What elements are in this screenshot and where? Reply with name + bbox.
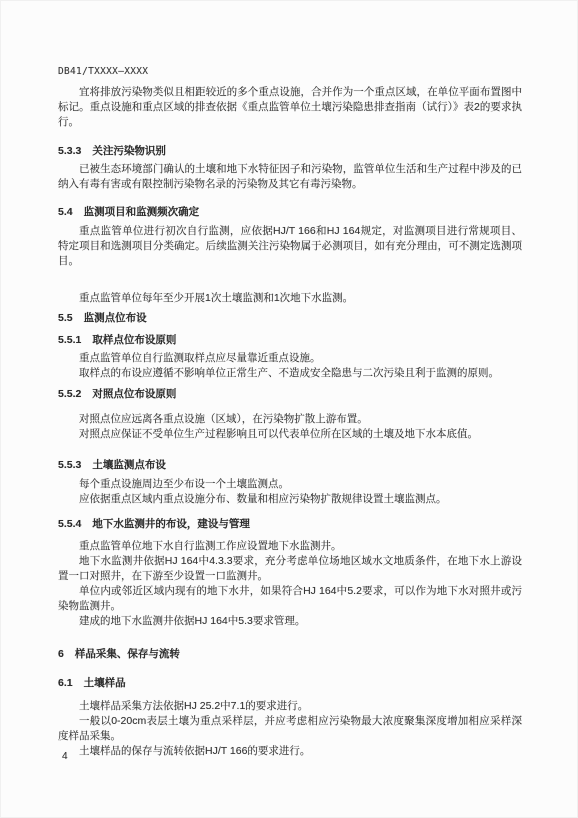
section-number: 5.4 [58,205,73,220]
section-number: 5.5.1 [58,333,81,348]
section-title: 监测项目和监测频次确定 [84,206,200,218]
paragraph: 对照点应保证不受单位生产过程影响且可以代表单位所在区域的土壤及地下水本底值。 [58,427,522,442]
paragraph: 建成的地下水监测井依据HJ 164中5.3要求管理。 [58,614,522,629]
page-number: 4 [62,751,68,762]
section-heading: 5.5监测点位布设 [58,311,522,326]
section-title: 样品采集、保存与流转 [75,648,180,660]
section-title: 取样点位布设原则 [92,334,176,346]
document-content: DB41/TXXXX—XXXX 宜将排放污染物类似且相距较近的多个重点设施，合并… [58,64,522,759]
paragraph: 单位内或邻近区域内现有的地下水井，如果符合HJ 164中5.2要求，可以作为地下… [58,584,522,614]
paragraph: 取样点的布设应遵循不影响单位正常生产、不造成安全隐患与二次污染且利于监测的原则。 [58,366,522,381]
section-heading: 5.5.2对照点位布设原则 [58,387,522,402]
section-heading: 5.5.3土壤监测点布设 [58,458,522,473]
section-heading: 5.5.4地下水监测井的布设，建设与管理 [58,517,522,532]
section-heading: 5.5.1取样点位布设原则 [58,333,522,348]
section-number: 5.5.3 [58,458,81,473]
paragraph: 一般以0-20cm表层土壤为重点采样层，并应考虑相应污染物最大浓度聚集深度增加相… [58,714,522,744]
section-heading: 5.4监测项目和监测频次确定 [58,205,522,220]
section-number: 5.5 [58,311,73,326]
paragraph: 重点监管单位每年至少开展1次土壤监测和1次地下水监测。 [58,291,522,306]
paragraph: 应依据重点区域内重点设施分布、数量和相应污染物扩散规律设置土壤监测点。 [58,492,522,507]
paragraph: 每个重点设施周边至少布设一个土壤监测点。 [58,477,522,492]
paragraph: 土壤样品的保存与流转依据HJ/T 166的要求进行。 [58,744,522,759]
section-number: 5.3.3 [58,144,81,159]
section-title: 土壤样品 [84,677,126,689]
section-heading: 5.3.3关注污染物识别 [58,144,522,159]
section-title: 关注污染物识别 [92,145,166,157]
section-number: 6.1 [58,676,73,691]
section-number: 6 [58,647,64,662]
paragraph: 已被生态环境部门确认的土壤和地下水特征因子和污染物，监管单位生活和生产过程中涉及… [58,162,522,192]
document-page: DB41/TXXXX—XXXX 宜将排放污染物类似且相距较近的多个重点设施，合并… [0,0,578,818]
paragraph: 地下水监测井依据HJ 164中4.3.3要求，充分考虑单位场地区域水文地质条件，… [58,554,522,584]
section-title: 土壤监测点布设 [92,459,166,471]
paragraph: 对照点位应远离各重点设施（区域），在污染物扩散上游布置。 [58,412,522,427]
section-heading: 6.1土壤样品 [58,676,522,691]
section-title: 监测点位布设 [84,312,147,324]
doc-header-code: DB41/TXXXX—XXXX [58,64,522,79]
paragraph: 宜将排放污染物类似且相距较近的多个重点设施，合并作为一个重点区域，在单位平面布置… [58,85,522,130]
section-title: 地下水监测井的布设，建设与管理 [92,518,250,530]
section-title: 对照点位布设原则 [92,388,176,400]
chapter-heading: 6样品采集、保存与流转 [58,647,522,662]
section-number: 5.5.2 [58,387,81,402]
section-number: 5.5.4 [58,517,81,532]
paragraph: 重点监管单位自行监测取样点应尽量靠近重点设施。 [58,351,522,366]
paragraph: 重点监管单位进行初次自行监测，应依据HJ/T 166和HJ 164规定，对监测项… [58,224,522,269]
paragraph: 土壤样品采集方法依据HJ 25.2中7.1的要求进行。 [58,699,522,714]
paragraph: 重点监管单位地下水自行监测工作应设置地下水监测井。 [58,539,522,554]
